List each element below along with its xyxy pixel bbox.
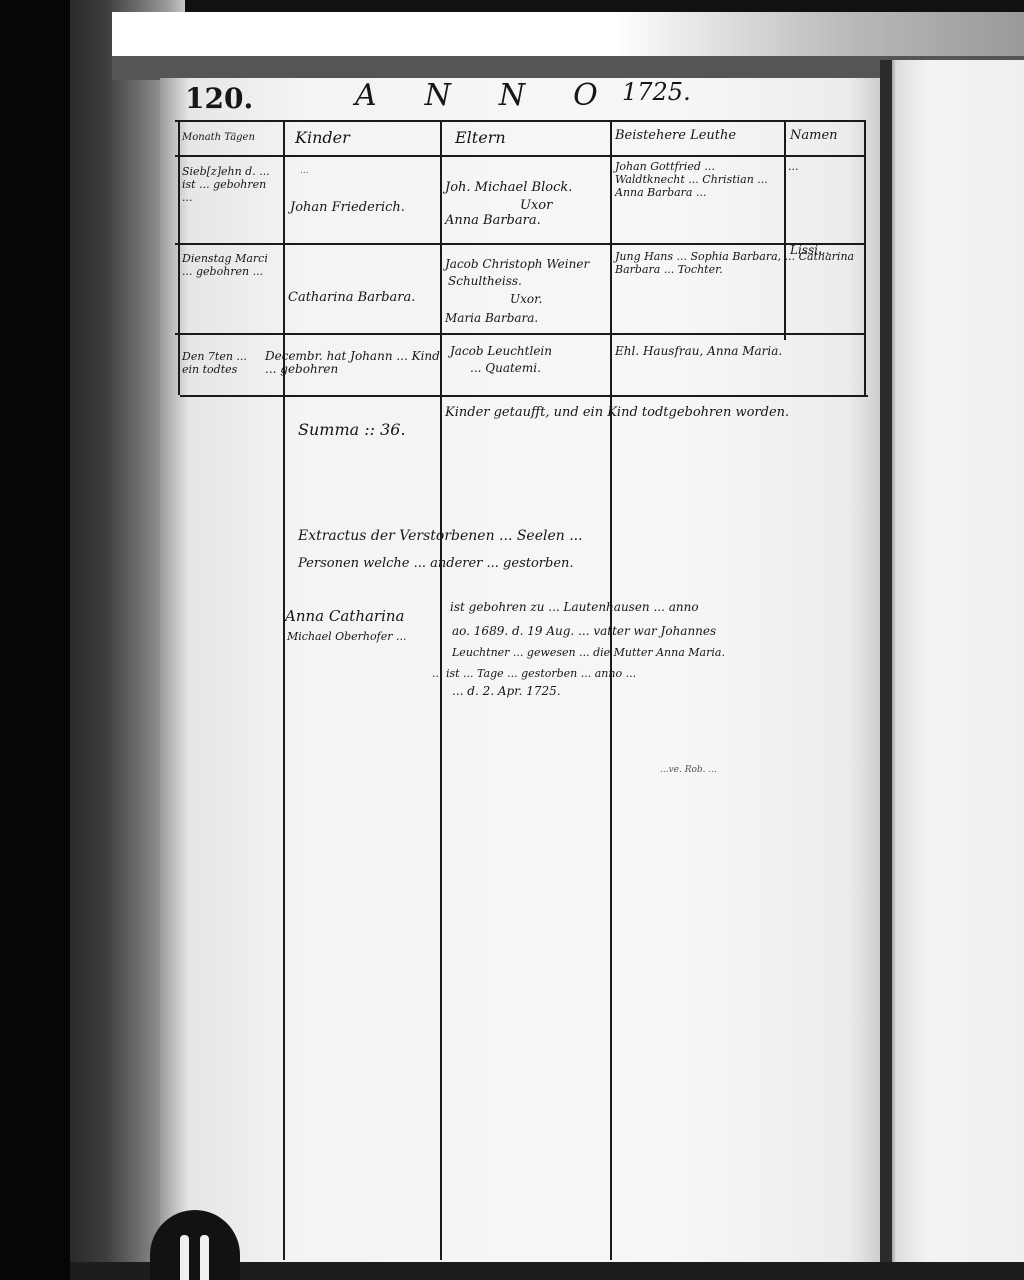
clamp-finger-right: [200, 1235, 209, 1280]
margin-note: ...ve. Rob. ...: [660, 765, 717, 775]
rule-col-3: [610, 120, 612, 1260]
entry-1-date: Sieb[z]ehn d. ... ist ... gebohren ...: [182, 165, 280, 204]
rule-row-1: [175, 243, 865, 245]
entry-1-godparents: Johan Gottfried ... Waldtknecht ... Chri…: [615, 160, 781, 199]
death-entry-line-2: ao. 1689. d. 19 Aug. ... vatter war Joha…: [452, 624, 716, 638]
entry-1-father: Joh. Michael Block.: [445, 180, 572, 195]
entry-2-date: Dienstag Marci ... gebohren ...: [182, 252, 280, 278]
entry-1-name-note: ...: [788, 160, 862, 173]
col-header-name: Namen: [790, 128, 838, 143]
death-entry-name: Anna Catharina: [285, 607, 405, 625]
death-entry-line-5: ... d. 2. Apr. 1725.: [452, 684, 561, 698]
death-entry-line-3: Leuchtner ... gewesen ... die Mutter Ann…: [452, 646, 725, 659]
rule-col-2: [440, 120, 442, 1260]
scan-top-strip: [112, 12, 1024, 56]
rule-header-top: [175, 120, 865, 122]
entry-1-uxor: Uxor: [520, 198, 552, 213]
summa-text: Kinder getaufft, und ein Kind todtgebohr…: [445, 405, 789, 420]
rule-col-0: [178, 120, 180, 395]
page-number: 120.: [185, 82, 253, 115]
entry-1-mother: Anna Barbara.: [445, 213, 541, 228]
extractus-line-2: Personen welche ... anderer ... gestorbe…: [298, 556, 574, 571]
death-entry-line-4: ... ist ... Tage ... gestorben ... anno …: [432, 667, 636, 680]
entry-2-father: Jacob Christoph Weiner: [445, 258, 589, 271]
col-header-date: Monath Tägen: [182, 132, 255, 143]
entry-1-child: Johan Friederich.: [290, 200, 405, 215]
entry-3-date: Den 7ten ... ein todtes: [182, 350, 262, 376]
col-header-children: Kinder: [295, 128, 350, 147]
facing-page: [885, 60, 1024, 1280]
rule-header-bottom: [175, 155, 865, 157]
rule-col-4: [784, 120, 786, 340]
entry-2-uxor: Uxor.: [510, 293, 542, 306]
page-gutter: [880, 60, 892, 1280]
summa-label: Summa :: 36.: [298, 420, 406, 439]
year: 1725.: [622, 78, 691, 106]
clamp-finger-left: [180, 1235, 189, 1280]
rule-col-5: [864, 120, 866, 395]
entry-2-mother: Maria Barbara.: [445, 312, 538, 325]
entry-3-father: Jacob Leuchtlein: [450, 345, 552, 358]
entry-2-child: Catharina Barbara.: [288, 290, 415, 305]
anno-heading: ANNO: [355, 78, 646, 113]
scan-border-left: [0, 0, 70, 1280]
col-header-parents: Eltern: [455, 128, 506, 147]
entry-3-text: Decembr. hat Johann ... Kind ... gebohre…: [265, 350, 440, 376]
death-entry-name-line-2: Michael Oberhofer ...: [287, 630, 406, 643]
entry-3-father-note: ... Quatemi.: [470, 362, 541, 375]
entry-2-name-note: Lissi...: [790, 244, 829, 257]
entry-1-child-note: ...: [300, 165, 309, 178]
rule-row-2: [175, 333, 865, 335]
entry-3-godparents: Ehl. Hausfrau, Anna Maria.: [615, 345, 782, 358]
col-header-godparents: Beistehere Leuthe: [615, 128, 736, 143]
death-entry-line-1: ist gebohren zu ... Lautenhausen ... ann…: [450, 600, 699, 614]
rule-col-1: [283, 120, 285, 1260]
entry-2-father-title: Schultheiss.: [448, 275, 522, 288]
extractus-line-1: Extractus der Verstorbenen ... Seelen ..…: [298, 528, 583, 544]
